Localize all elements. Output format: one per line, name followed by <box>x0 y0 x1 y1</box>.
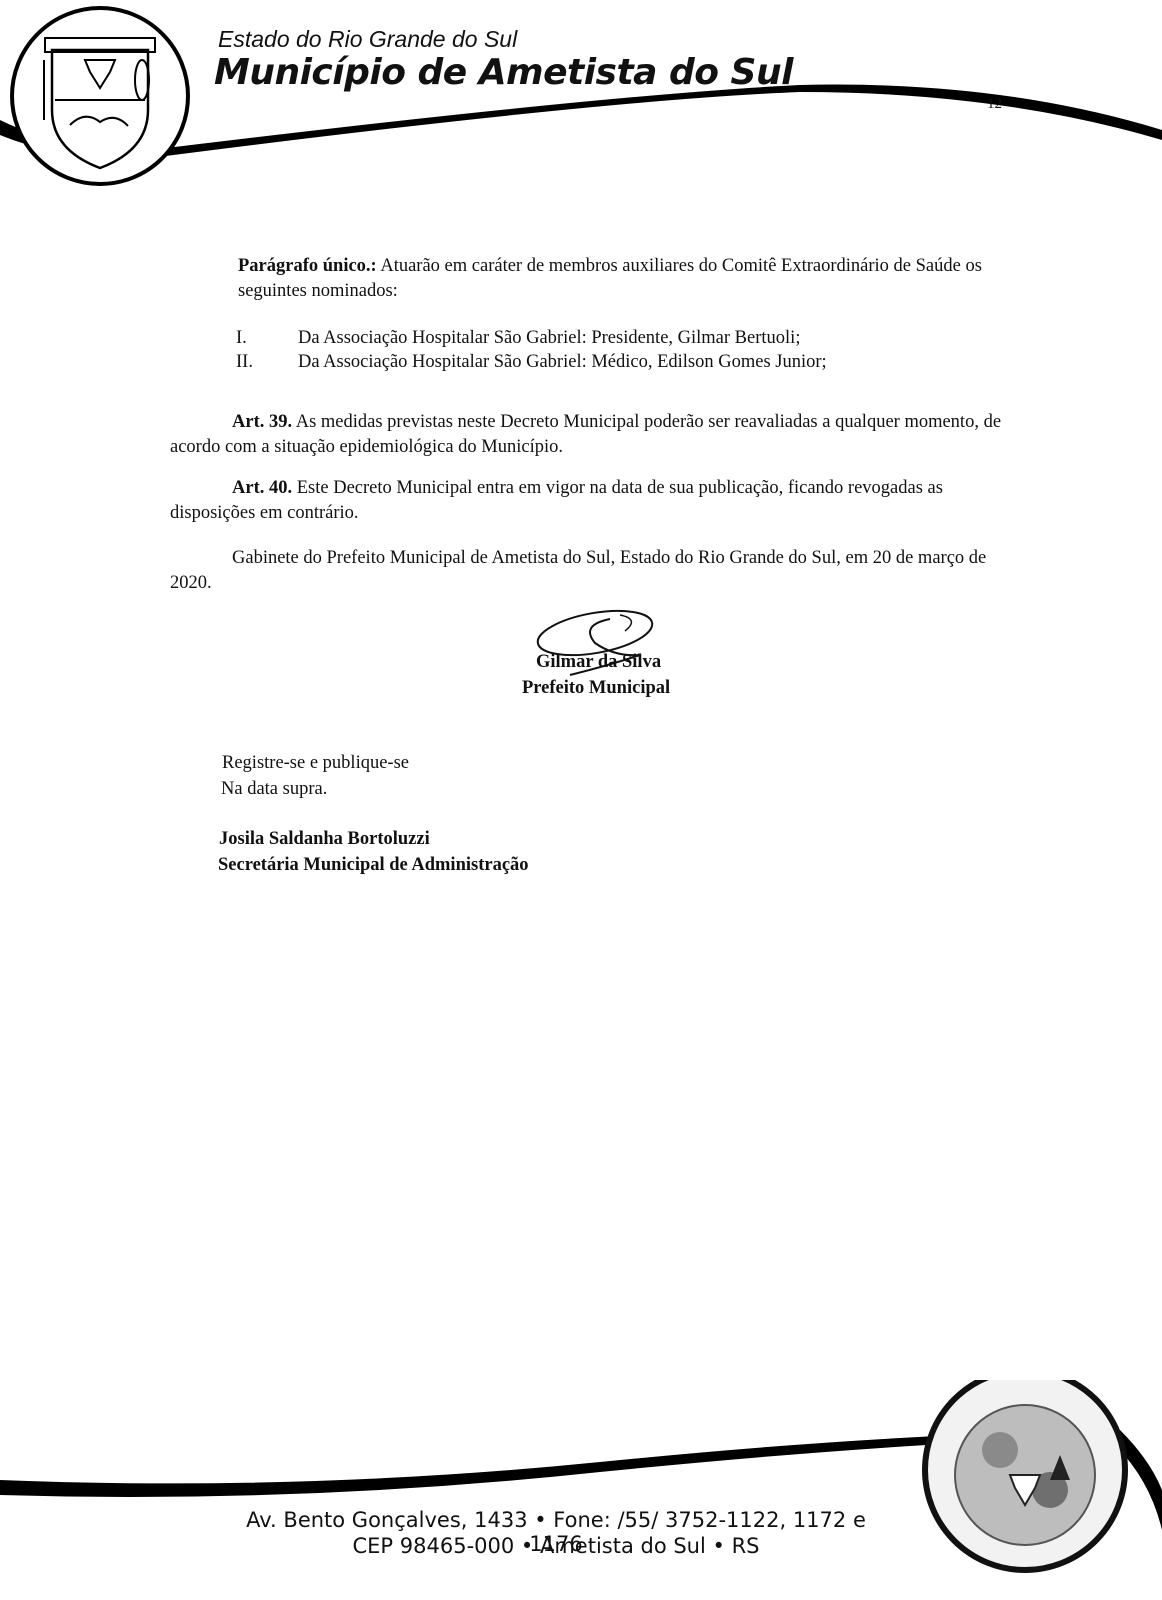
state-name: Estado do Rio Grande do Sul <box>218 26 517 53</box>
secretary-name: Josila Saldanha Bortoluzzi <box>219 827 430 852</box>
footer-graphics <box>0 1380 1162 1600</box>
mayor-title: Prefeito Municipal <box>522 676 670 701</box>
municipality-name: Município de Ametista do Sul <box>214 52 793 93</box>
secretary-title: Secretária Municipal de Administração <box>218 853 529 878</box>
mayor-name: Gilmar da Silva <box>536 650 661 675</box>
members-list: I. Da Associação Hospitalar São Gabriel:… <box>236 326 827 374</box>
crest-emblem-icon <box>12 8 188 184</box>
page-number: 12 <box>987 96 1002 113</box>
paragrafo-unico-label: Parágrafo único.: <box>238 256 377 276</box>
list-item: II. Da Associação Hospitalar São Gabriel… <box>236 350 827 374</box>
article-39-text: As medidas previstas neste Decreto Munic… <box>170 412 1001 457</box>
list-item-text: Da Associação Hospitalar São Gabriel: Mé… <box>298 350 827 374</box>
registry-line-1: Registre-se e publique-se <box>222 751 409 776</box>
article-40-label: Art. 40. <box>232 478 292 498</box>
list-item-text: Da Associação Hospitalar São Gabriel: Pr… <box>298 326 800 350</box>
closing-paragraph: Gabinete do Prefeito Municipal de Ametis… <box>170 546 1010 596</box>
article-39: Art. 39. As medidas previstas neste Decr… <box>170 410 1010 460</box>
seal-emblem-icon <box>925 1380 1125 1570</box>
article-39-label: Art. 39. <box>232 412 292 432</box>
list-item-number: II. <box>236 350 298 374</box>
paragrafo-unico: Parágrafo único.: Atuarão em caráter de … <box>238 254 1008 304</box>
article-40: Art. 40. Este Decreto Municipal entra em… <box>170 476 1010 526</box>
address-line-2: CEP 98465-000 • Ametista do Sul • RS <box>218 1534 894 1558</box>
list-item: I. Da Associação Hospitalar São Gabriel:… <box>236 326 827 350</box>
list-item-number: I. <box>236 326 298 350</box>
registry-line-2: Na data supra. <box>221 777 327 802</box>
